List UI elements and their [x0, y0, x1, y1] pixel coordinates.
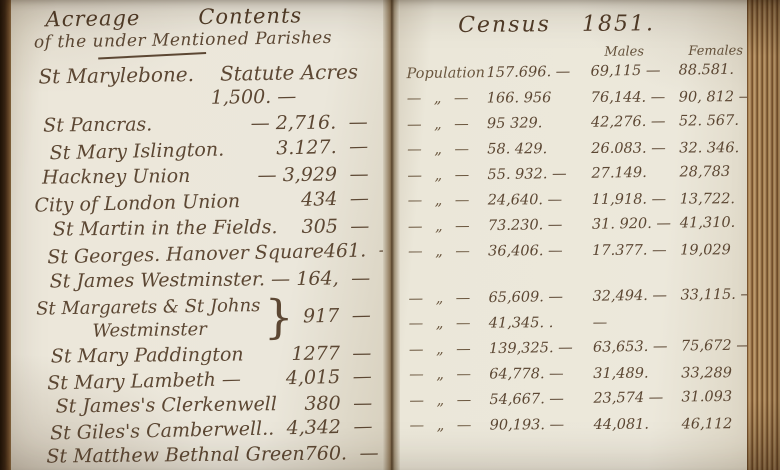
census-row: — „ — 73.230. — 31. 920. — 41,310.: [402, 211, 720, 241]
population-total: 139,325. —: [489, 336, 593, 363]
females-count: 33,115. —: [680, 283, 755, 309]
females-count: 33,289: [681, 361, 732, 387]
row-trailing-dash: —: [338, 213, 382, 239]
census-title: Census 1851.: [458, 11, 718, 38]
row-ditto-label: — „ —: [403, 337, 489, 364]
parish-acreage-value: 3.127.: [276, 134, 337, 161]
parish-acreage-value: 4,015: [286, 365, 341, 391]
females-count: 19,029: [680, 238, 731, 264]
males-count: 17.377. —: [592, 238, 680, 264]
males-count: 63,653. —: [593, 335, 681, 362]
row-ditto-label: — „ —: [402, 214, 488, 241]
females-count: 13,722.: [680, 187, 735, 213]
row-ditto-label: — „ —: [404, 413, 490, 439]
acreage-subtitle: of the under Mentioned Parishes: [34, 27, 379, 52]
row-trailing-dash: —: [340, 341, 384, 366]
parish-name: St Matthew Bethnal Green: [46, 442, 305, 470]
row-ditto-label: — „ —: [403, 311, 489, 337]
population-total: 55. 932. —: [487, 162, 591, 189]
census-row: — „ — 54,667. — 23,574 — 31.093: [403, 385, 721, 415]
census-rows-lower: — „ — 65,609. — 32,494. — 33,115. — — „ …: [402, 284, 721, 440]
population-total: 95 329.: [487, 111, 591, 138]
population-total: 36,406. —: [488, 238, 592, 264]
females-count: 46,112: [682, 412, 733, 438]
population-total: 73.230. —: [488, 213, 592, 240]
population-total: 24,640. —: [488, 187, 592, 213]
census-row: — „ — 41,345. . —: [403, 310, 721, 337]
row-trailing-dash: —: [336, 133, 381, 160]
females-count: 75,672 —: [681, 334, 751, 360]
females-count: 88.581.: [678, 58, 734, 84]
census-row: — „ — 58. 429. 26.083. — 32. 346.: [401, 136, 719, 163]
males-count: 31. 920. —: [592, 212, 680, 239]
parish-row: St Matthew Bethnal Green 760. —: [38, 441, 385, 470]
parish-acreage-value: 760.: [305, 441, 348, 466]
row-ditto-label: — „ —: [402, 286, 488, 313]
header-spacer: [486, 56, 590, 57]
census-row: — „ — 166. 956 76,144. — 90, 812 —: [401, 85, 719, 112]
parish-name: St Mary Paddington: [51, 342, 244, 369]
parish-name: Hackney Union: [42, 163, 191, 191]
row-ditto-label: — „ —: [401, 137, 487, 163]
left-page: Acreage Contents of the under Mentioned …: [11, 0, 388, 470]
census-row: — „ — 65,609. — 32,494. — 33,115. —: [402, 283, 720, 313]
row-ditto-label: — „ —: [401, 86, 487, 112]
census-row: — „ — 95 329. 42,276. — 52. 567.: [401, 109, 719, 139]
ledger-photo: Acreage Contents of the under Mentioned …: [0, 0, 780, 470]
parish-name-line2: Westminster: [92, 317, 261, 343]
row-trailing-dash: —: [341, 414, 386, 440]
females-column-header: Females: [678, 44, 743, 60]
census-row: — „ — 24,640. — 11,918. — 13,722.: [402, 187, 720, 214]
row-trailing-dash: —: [337, 161, 381, 187]
females-count: 41,310.: [680, 211, 736, 237]
population-total: 166. 956: [487, 85, 591, 111]
row-ditto-label: — „ —: [403, 362, 489, 388]
page-gutter: [383, 0, 400, 470]
females-count: 52. 567.: [679, 109, 739, 135]
parish-name: St James Westminster. —: [50, 266, 291, 295]
right-page-content: Census 1851. Males Females Population 15…: [398, 0, 750, 470]
population-total: 54,667. —: [489, 387, 593, 414]
header-spacer: [400, 57, 486, 58]
census-row: — „ — 55. 932. — 27.149. 28,783: [401, 160, 719, 190]
title-word-contents: Contents: [198, 3, 302, 29]
females-count: 90, 812 —: [679, 85, 754, 111]
population-total: 58. 429.: [487, 136, 591, 162]
parish-name-marylebone: St Marylebone.: [38, 62, 194, 88]
census-row: — „ — 64,778. — 31,489. 33,289: [403, 361, 721, 388]
males-count: 44,081.: [594, 412, 682, 438]
westminster-bracket-row: St Margarets & St Johns Westminster } 91…: [36, 292, 384, 343]
row-ditto-label: Population: [400, 61, 486, 88]
males-count: 27.149.: [591, 161, 679, 188]
row-ditto-label: — „ —: [403, 388, 489, 415]
parish-acreage-value: 434: [301, 186, 338, 213]
marylebone-acreage-value: 1,500. —: [211, 84, 380, 109]
row-trailing-dash: —: [339, 304, 383, 327]
females-count: 28,783: [679, 160, 730, 186]
parish-acreage-value: 917: [303, 305, 340, 328]
parish-name: St Mary Islington.: [49, 137, 224, 167]
row-trailing-dash: —: [337, 185, 382, 212]
females-count: 31.093: [681, 385, 732, 411]
census-row: Population 157.696. — 69,115 — 88.581.: [400, 58, 718, 88]
population-total: 64,778. —: [489, 361, 593, 387]
males-count: 23,574 —: [593, 386, 681, 413]
title-word-acreage: Acreage: [45, 6, 140, 31]
males-count: 69,115 —: [590, 59, 678, 86]
census-row: — „ — 90,193. — 44,081. 46,112: [404, 412, 722, 439]
males-column-header: Males: [590, 44, 678, 60]
parish-acreage-value: 1277: [291, 341, 340, 367]
population-total: 65,609. —: [488, 285, 592, 312]
males-count: 26.083. —: [591, 136, 679, 162]
census-row: — „ — 36,406. — 17.377. — 19,029: [402, 238, 720, 265]
parish-acreage-value: 380: [304, 391, 341, 416]
row-ditto-label: — „ —: [401, 163, 487, 190]
population-total: 90,193. —: [490, 412, 594, 438]
parish-acreage-value: — 3,929: [257, 162, 337, 189]
males-count: 42,276. —: [591, 110, 679, 137]
males-count: 11,918. —: [592, 187, 680, 213]
row-ditto-label: — „ —: [402, 188, 488, 214]
parish-row: St James Westminster. — 164, —: [36, 265, 383, 295]
parish-name: St James's Clerkenwell: [56, 392, 278, 419]
underline-flourish: [98, 52, 206, 59]
curly-brace-glyph: }: [264, 293, 294, 340]
row-trailing-dash: —: [339, 265, 383, 291]
row-ditto-label: — „ —: [401, 112, 487, 139]
census-row: — „ — 139,325. — 63,653. — 75,672 —: [403, 334, 721, 364]
females-count: 32. 346.: [679, 136, 739, 162]
parish-acreage-value: — 2,716.: [251, 110, 337, 137]
row-trailing-dash: —: [336, 109, 380, 135]
bracket-parish-names: St Margarets & St Johns Westminster: [36, 294, 261, 344]
row-trailing-dash: —: [340, 364, 385, 390]
parish-acreage-value: 461.: [324, 237, 367, 264]
right-page: Census 1851. Males Females Population 15…: [400, 0, 748, 470]
parish-acreage-value: 4,342: [286, 415, 341, 441]
males-count: —: [593, 310, 681, 336]
parish-acreage-value: 305: [301, 214, 338, 240]
row-ditto-label: — „ —: [402, 239, 488, 265]
males-count: 31,489.: [593, 361, 681, 387]
population-total: 157.696. —: [486, 60, 590, 87]
parish-rows-lower: St Mary Paddington 1277 — St Mary Lambet…: [37, 340, 386, 470]
left-page-content: Acreage Contents of the under Mentioned …: [7, 0, 391, 470]
census-rows-upper: Population 157.696. — 69,115 — 88.581. —…: [400, 59, 720, 266]
statute-acres-label: Statute Acres: [220, 59, 358, 85]
population-total: 41,345. .: [489, 310, 593, 336]
parish-acreage-value: 164,: [296, 265, 339, 291]
males-count: 32,494. —: [592, 284, 680, 311]
males-count: 76,144. —: [591, 85, 679, 111]
row-trailing-dash: —: [341, 391, 385, 416]
parish-rows-upper: St Pancras. — 2,716. — St Mary Islington…: [33, 108, 383, 295]
parish-name: St Pancras.: [43, 111, 152, 138]
parish-name: St Martin in the Fields.: [53, 214, 278, 242]
page-fore-edge: [747, 0, 780, 470]
